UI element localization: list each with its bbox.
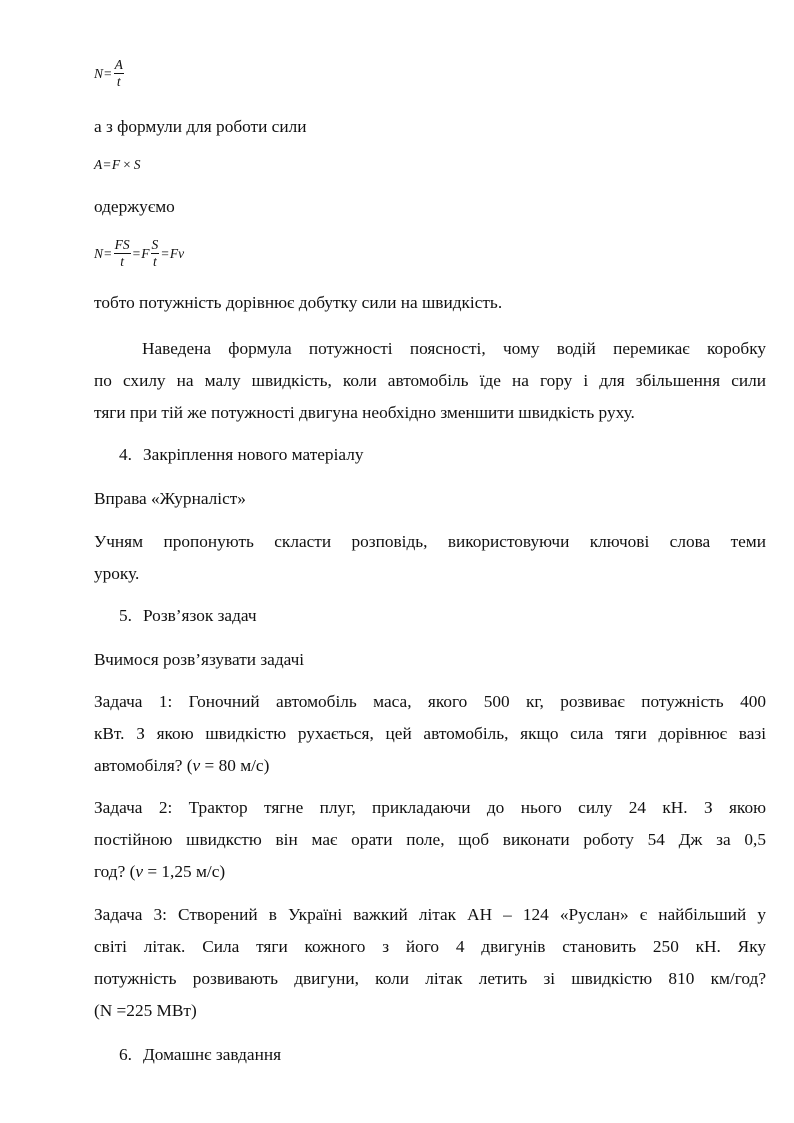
- formula-equals: =: [161, 246, 169, 262]
- text-obtain: одержуємо: [94, 197, 175, 217]
- formula-power: N = A t: [94, 57, 125, 90]
- problem-3-answer: (N =225 МВт): [94, 1001, 197, 1021]
- text-work-formula-intro: а з формули для роботи сили: [94, 117, 306, 137]
- problem-1-line-2: кВт. З якою швидкістю рухається, цей авт…: [94, 724, 766, 744]
- paragraph-explanation-line-1: Наведена формула потужності поясності, ч…: [142, 339, 766, 359]
- formula-equals: =: [104, 66, 112, 82]
- problem-1-prefix: автомобіля? (: [94, 756, 193, 775]
- section-title: Розв’язок задач: [143, 606, 257, 625]
- section-title: Домашнє завдання: [143, 1045, 281, 1064]
- exercise-text-line-1: Учням пропонують скласти розповідь, вико…: [94, 532, 766, 552]
- formula-lhs: N: [94, 66, 103, 82]
- formula-factor-f: F: [112, 157, 120, 173]
- problem-2-answer-var: v: [135, 862, 143, 881]
- formula-equals: =: [104, 246, 112, 262]
- paragraph-explanation-line-3: тяги при тій же потужності двигуна необх…: [94, 403, 635, 423]
- problem-3-line-2: світі літак. Сила тяги кожного з його 4 …: [94, 937, 766, 957]
- formula-result: Fv: [170, 246, 184, 262]
- problem-1-line-1: Задача 1: Гоночний автомобіль маса, яког…: [94, 692, 766, 712]
- fraction-denominator: t: [120, 254, 124, 270]
- section-title: Закріплення нового матеріалу: [143, 445, 363, 464]
- section-heading-6: 6.Домашнє завдання: [119, 1045, 281, 1065]
- problems-intro: Вчимося розв’язувати задачі: [94, 650, 304, 670]
- problem-2-line-3: год? (v = 1,25 м/с): [94, 862, 225, 882]
- section-number: 4.: [119, 445, 143, 465]
- fraction-numerator: A: [114, 57, 124, 74]
- formula-power-velocity: N = FS t = F S t = Fv: [94, 237, 184, 270]
- problem-1-line-3: автомобіля? (v = 80 м/с): [94, 756, 269, 776]
- formula-equals: =: [103, 157, 111, 173]
- problem-2-prefix: год? (: [94, 862, 135, 881]
- exercise-text-line-2: уроку.: [94, 564, 139, 584]
- formula-factor: F: [141, 246, 149, 262]
- document-page: N = A t а з формули для роботи сили A = …: [0, 0, 794, 1123]
- problem-1-answer: = 80 м/с): [200, 756, 269, 775]
- formula-fraction-s-t: S t: [151, 237, 160, 270]
- fraction-numerator: FS: [114, 237, 131, 254]
- problem-2-answer: = 1,25 м/с): [143, 862, 225, 881]
- formula-factor-s: S: [134, 157, 141, 173]
- section-number: 6.: [119, 1045, 143, 1065]
- formula-times: ×: [123, 157, 131, 173]
- formula-lhs: N: [94, 246, 103, 262]
- section-heading-5: 5.Розв’язок задач: [119, 606, 257, 626]
- formula-lhs: A: [94, 157, 102, 173]
- section-heading-4: 4.Закріплення нового матеріалу: [119, 445, 363, 465]
- fraction-denominator: t: [117, 74, 121, 90]
- formula-work: A = F × S: [94, 157, 141, 173]
- text-conclusion: тобто потужність дорівнює добутку сили н…: [94, 293, 502, 313]
- fraction-denominator: t: [153, 254, 157, 270]
- problem-3-line-1: Задача 3: Створений в Україні важкий літ…: [94, 905, 766, 925]
- formula-equals: =: [133, 246, 141, 262]
- exercise-title: Вправа «Журналіст»: [94, 489, 246, 509]
- formula-fraction-fs-t: FS t: [114, 237, 131, 270]
- paragraph-explanation-line-2: по схилу на малу швидкість, коли автомоб…: [94, 371, 766, 391]
- fraction-numerator: S: [151, 237, 160, 254]
- problem-2-line-1: Задача 2: Трактор тягне плуг, прикладаюч…: [94, 798, 766, 818]
- section-number: 5.: [119, 606, 143, 626]
- problem-2-line-2: постійною швидкстю він має орати поле, щ…: [94, 830, 766, 850]
- formula-fraction: A t: [114, 57, 124, 90]
- problem-3-line-3: потужність розвивають двигуни, коли літа…: [94, 969, 766, 989]
